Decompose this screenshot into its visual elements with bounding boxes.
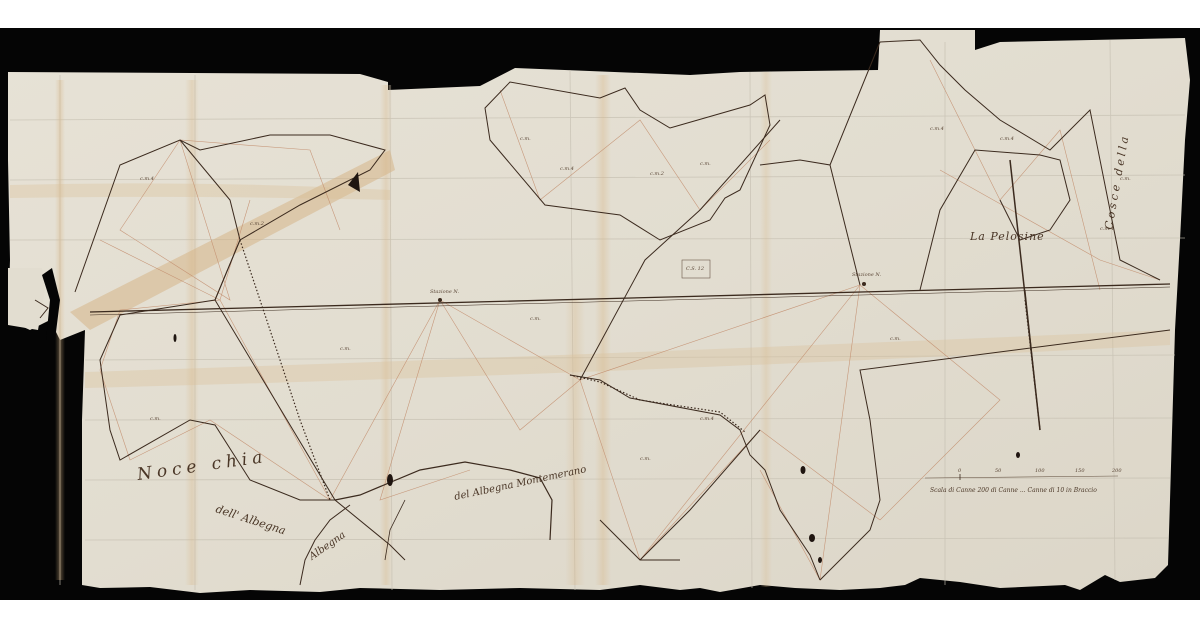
station-marker-center bbox=[438, 298, 442, 302]
station-marker-right bbox=[862, 282, 866, 286]
svg-text:c.m.4: c.m.4 bbox=[700, 416, 714, 422]
svg-text:c.m.: c.m. bbox=[640, 456, 651, 462]
svg-text:c.m.: c.m. bbox=[530, 316, 541, 322]
svg-text:c.m.4: c.m.4 bbox=[560, 166, 574, 172]
svg-text:c.m.4: c.m.4 bbox=[930, 126, 944, 132]
svg-text:150: 150 bbox=[1075, 468, 1085, 474]
region-label-pelosine: La Pelosine bbox=[969, 230, 1045, 243]
svg-text:c.m.: c.m. bbox=[520, 136, 531, 142]
svg-text:50: 50 bbox=[995, 468, 1002, 474]
svg-text:c.m.2: c.m.2 bbox=[250, 221, 264, 227]
svg-text:200: 200 bbox=[1111, 468, 1122, 474]
svg-text:c.m.2: c.m.2 bbox=[650, 171, 664, 177]
svg-text:c.m.: c.m. bbox=[150, 416, 161, 422]
station-label-right: Stazione N. bbox=[852, 272, 881, 278]
scale-caption: Scala di Canne 200 di Canne ... Canne di… bbox=[930, 487, 1097, 494]
paper-fragment bbox=[8, 268, 45, 330]
svg-text:c.m.: c.m. bbox=[890, 336, 901, 342]
svg-text:100: 100 bbox=[1035, 468, 1045, 474]
svg-text:c.m.: c.m. bbox=[340, 346, 351, 352]
parcel-box-label: C.S. 12 bbox=[686, 266, 704, 272]
station-label-center: Stazione N. bbox=[430, 289, 459, 295]
svg-text:c.m.4: c.m.4 bbox=[1000, 136, 1014, 142]
survey-map: c.m.4 c.m.2 c.m. c.m.4 c.m.2 c.m. c.m.4 … bbox=[0, 0, 1200, 628]
svg-text:c.m.4: c.m.4 bbox=[140, 176, 154, 182]
svg-text:c.m.: c.m. bbox=[700, 161, 711, 167]
